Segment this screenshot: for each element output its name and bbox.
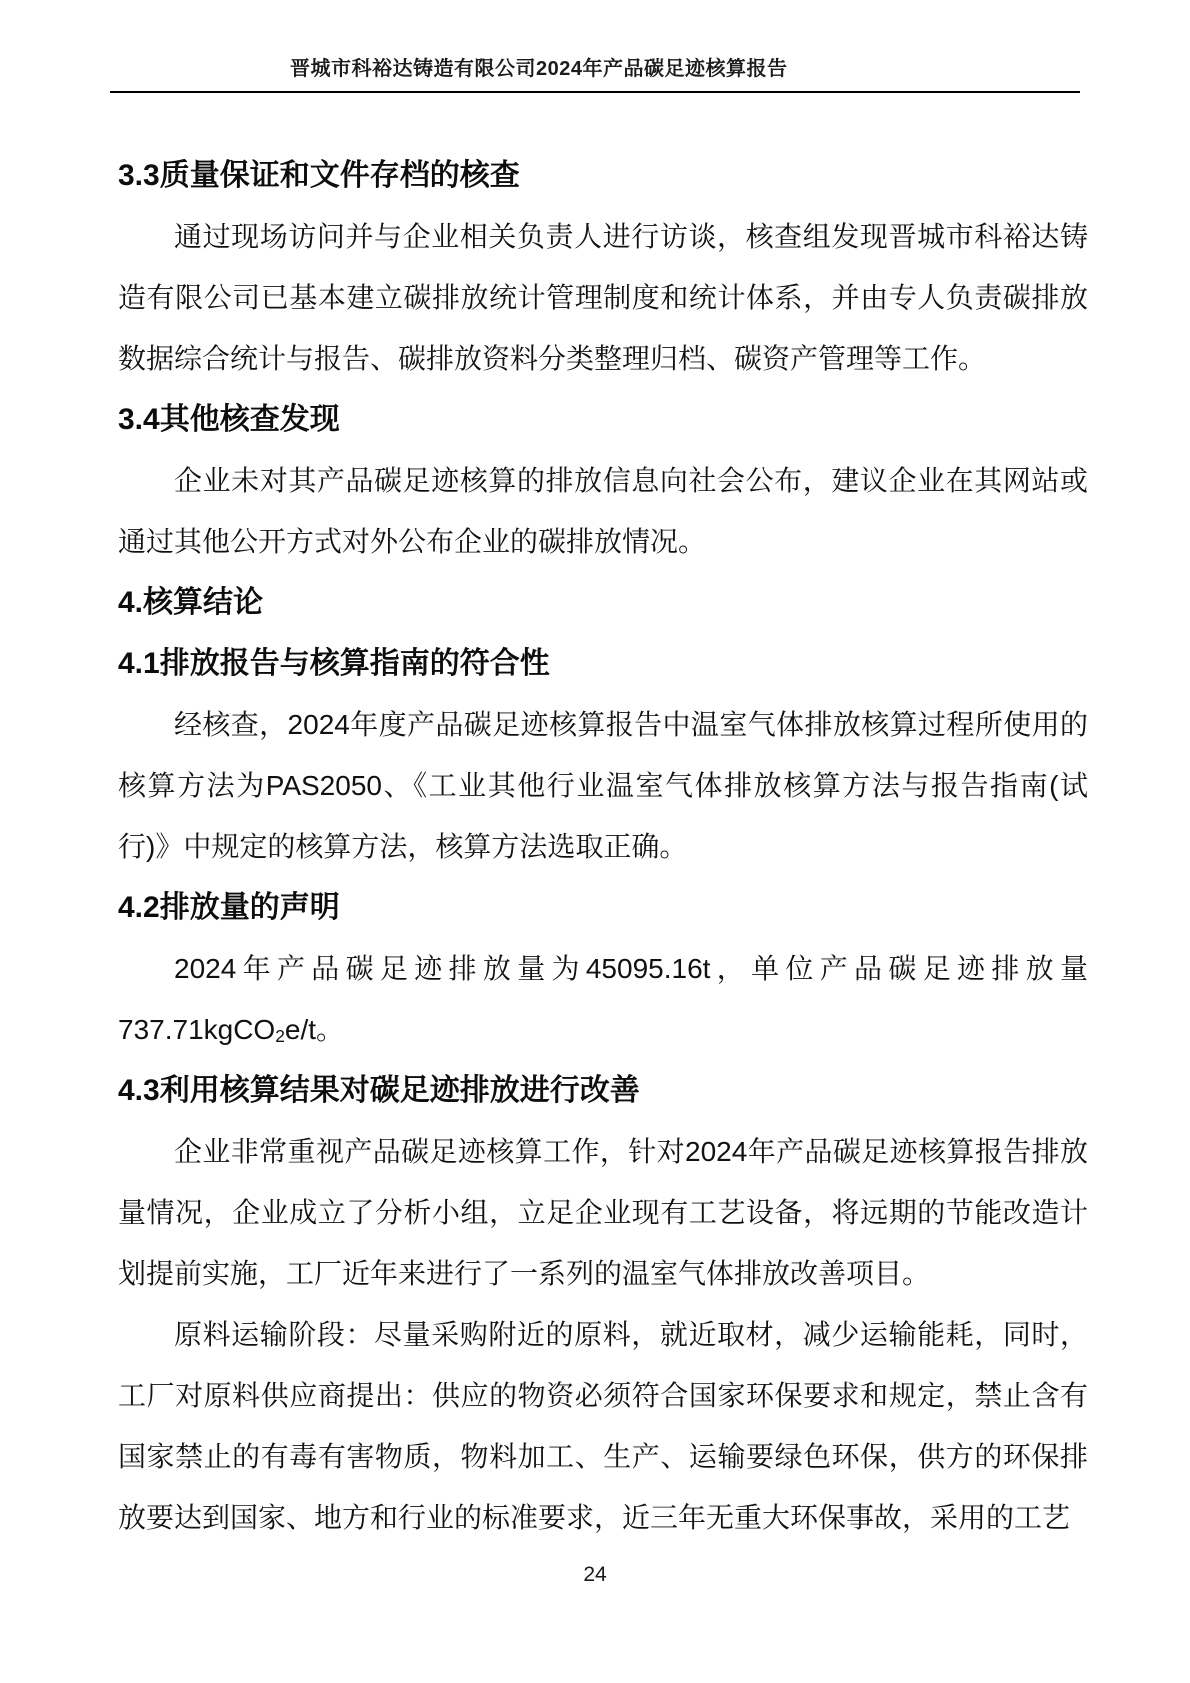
body-text-line: 核算方法为PAS2050、《工业其他行业温室气体排放核算方法与报告指南(试 [118,755,1088,816]
body-text-line: 放要达到国家、地方和行业的标准要求，近三年无重大环保事故，采用的工艺 [118,1487,1088,1548]
text-segment: e/t。 [285,1014,344,1045]
text-segment: 737.71kgCO [118,1014,275,1045]
header-rule [110,91,1080,93]
subscript-text: 2 [275,1026,285,1046]
body-text-line: 通过现场访问并与企业相关负责人进行访谈，核查组发现晋城市科裕达铸 [118,206,1088,267]
section-heading: 4.2排放量的声明 [118,877,1088,938]
body-text-line: 数据综合统计与报告、碳排放资料分类整理归档、碳资产管理等工作。 [118,328,1088,389]
section-heading: 3.4其他核查发现 [118,389,1088,450]
body-text-line: 737.71kgCO2e/t。 [118,999,1088,1060]
body-text-line: 通过其他公开方式对外公布企业的碳排放情况。 [118,511,1088,572]
body-text-line: 造有限公司已基本建立碳排放统计管理制度和统计体系，并由专人负责碳排放 [118,267,1088,328]
body-text-line: 量情况，企业成立了分析小组，立足企业现有工艺设备，将远期的节能改造计 [118,1182,1088,1243]
body-text-line: 企业非常重视产品碳足迹核算工作，针对2024年产品碳足迹核算报告排放 [118,1121,1088,1182]
body-text-line: 行)》中规定的核算方法，核算方法选取正确。 [118,816,1088,877]
body-text-line: 经核查，2024年度产品碳足迹核算报告中温室气体排放核算过程所使用的 [118,694,1088,755]
document-page: 晋城市科裕达铸造有限公司2024年产品碳足迹核算报告 3.3质量保证和文件存档的… [0,0,1190,1683]
body-text-line: 企业未对其产品碳足迹核算的排放信息向社会公布，建议企业在其网站或 [118,450,1088,511]
section-heading: 4.3利用核算结果对碳足迹排放进行改善 [118,1060,1088,1121]
document-body: 3.3质量保证和文件存档的核查通过现场访问并与企业相关负责人进行访谈，核查组发现… [118,145,1088,1548]
page-number: 24 [0,1560,1190,1590]
body-text-line: 划提前实施，工厂近年来进行了一系列的温室气体排放改善项目。 [118,1243,1088,1304]
header-title: 晋城市科裕达铸造有限公司2024年产品碳足迹核算报告 [290,54,788,84]
body-text-line: 原料运输阶段：尽量采购附近的原料，就近取材，减少运输能耗，同时， [118,1304,1088,1365]
section-heading: 3.3质量保证和文件存档的核查 [118,145,1088,206]
body-text-line: 2024年产品碳足迹排放量为45095.16t，单位产品碳足迹排放量 [118,938,1088,999]
section-heading: 4.1排放报告与核算指南的符合性 [118,633,1088,694]
body-text-line: 国家禁止的有毒有害物质，物料加工、生产、运输要绿色环保，供方的环保排 [118,1426,1088,1487]
body-text-line: 工厂对原料供应商提出：供应的物资必须符合国家环保要求和规定，禁止含有 [118,1365,1088,1426]
section-heading: 4.核算结论 [118,572,1088,633]
